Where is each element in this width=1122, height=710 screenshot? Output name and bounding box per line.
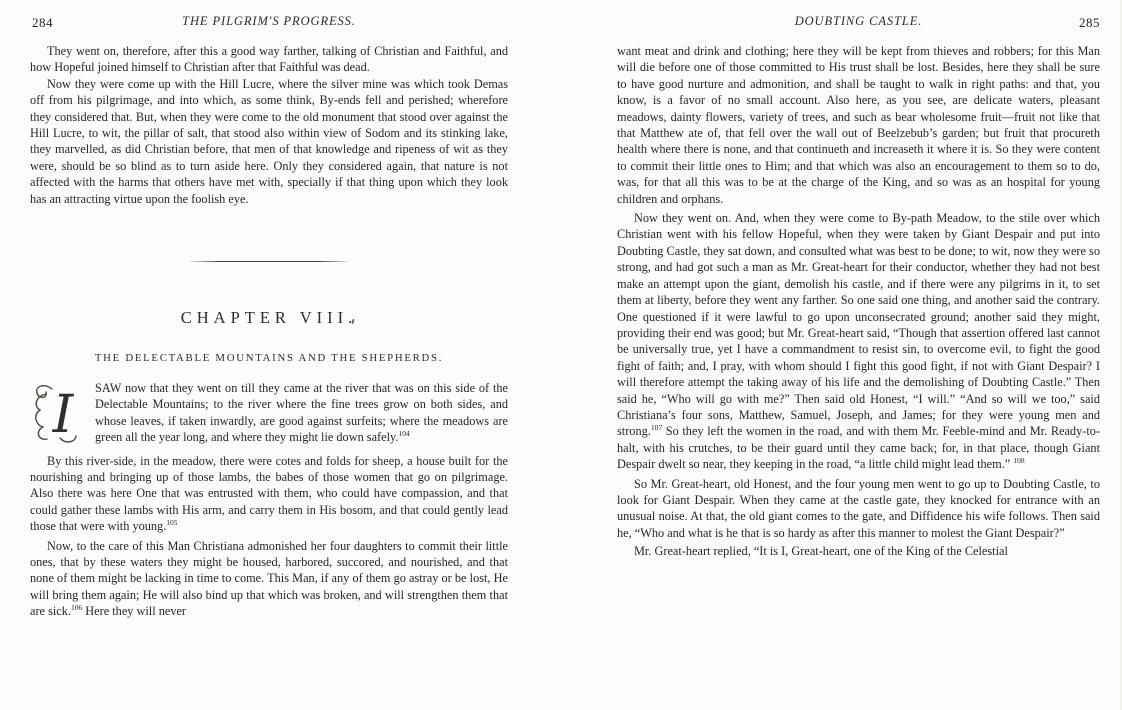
- paragraph: I SAW now that they went on till they ca…: [30, 380, 508, 446]
- paragraph: Now, to the care of this Man Christiana …: [30, 538, 508, 620]
- section-divider: [190, 261, 348, 262]
- paragraph-text: Now they went on. And, when they were co…: [617, 211, 1100, 438]
- footnote-ref: 105: [166, 518, 177, 527]
- paragraph-text: So they left the women in the road, and …: [617, 424, 1100, 471]
- running-head-title-left: THE PILGRIM'S PROGRESS.: [30, 14, 508, 29]
- running-head-right: DOUBTING CASTLE. 285: [617, 14, 1100, 32]
- running-head-title-right: DOUBTING CASTLE.: [617, 14, 1100, 29]
- paragraph-text: Here they will never: [82, 604, 186, 618]
- page-number-left: 284: [32, 15, 53, 31]
- dropcap-ornament-icon: I: [30, 382, 86, 444]
- paragraph-text: By this river-side, in the meadow, there…: [30, 454, 508, 534]
- paragraph: Mr. Great-heart replied, “It is I, Great…: [617, 543, 1100, 559]
- chapter-subtitle: THE DELECTABLE MOUNTAINS AND THE SHEPHER…: [30, 350, 508, 366]
- paragraph: Now they were come up with the Hill Lucr…: [30, 76, 508, 207]
- dropcap-letter: I: [52, 385, 75, 444]
- page-right: DOUBTING CASTLE. 285 want meat and drink…: [617, 14, 1100, 560]
- footnote-ref: 108: [1013, 456, 1024, 465]
- chapter-heading: CHAPTER VIII.: [30, 310, 508, 326]
- paragraph: So Mr. Great-heart, old Honest, and the …: [617, 476, 1100, 542]
- paragraph: Now they went on. And, when they were co…: [617, 210, 1100, 473]
- text-column-right: want meat and drink and clothing; here t…: [617, 43, 1100, 560]
- footnote-ref: 106: [71, 603, 82, 612]
- page-number-right: 285: [1079, 15, 1100, 31]
- book-spread: 284 THE PILGRIM'S PROGRESS. They went on…: [0, 0, 1122, 710]
- dropcap-initial: I: [30, 382, 86, 444]
- paragraph-text: SAW now that they went on till they came…: [95, 381, 508, 444]
- paragraph: They went on, therefore, after this a go…: [30, 43, 508, 76]
- paragraph: want meat and drink and clothing; here t…: [617, 43, 1100, 207]
- paragraph: By this river-side, in the meadow, there…: [30, 453, 508, 535]
- footnote-ref: 104: [398, 429, 409, 438]
- footnote-ref: 107: [651, 423, 662, 432]
- running-head-left: 284 THE PILGRIM'S PROGRESS.: [30, 14, 508, 32]
- page-left: 284 THE PILGRIM'S PROGRESS. They went on…: [30, 14, 508, 620]
- text-column-left: They went on, therefore, after this a go…: [30, 43, 508, 620]
